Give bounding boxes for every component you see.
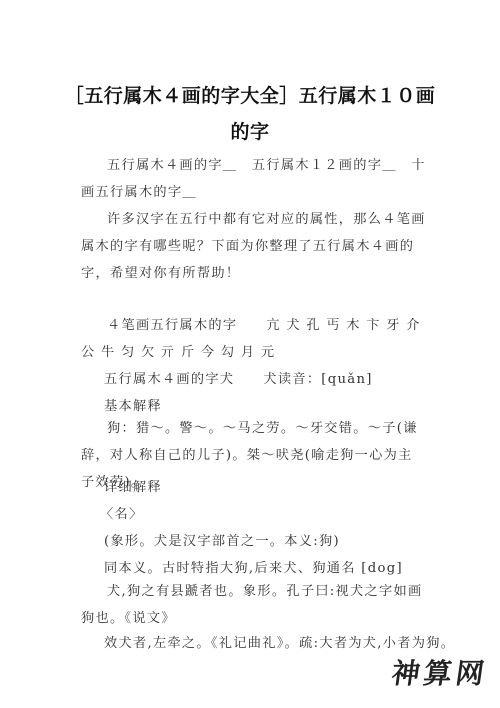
toc-paragraph: 五行属木４画的字＿ 五行属木１２画的字＿ 十画五行属木的字＿ — [81, 152, 426, 206]
char-list-paragraph: ４笔画五行属木的字 亢 犬 孔 丐 木 卞 牙 介 公 牛 匀 欠 亓 斤 今 … — [81, 312, 426, 366]
site-watermark-logo: 神算网 — [389, 652, 491, 692]
detail-explanation-label: 详细解释 — [104, 476, 162, 495]
detail-line-4: 效犬者,左牵之。《礼记曲礼》。疏:大者为犬,小者为狗。 — [104, 632, 455, 651]
detail-line-1: (象形。犬是汉字部首之一。本义:狗) — [104, 530, 340, 549]
char-heading: 五行属木４画的字犬 犬读音：[quǎn] — [104, 368, 373, 387]
noun-label: 〈名〉 — [100, 503, 143, 522]
detail-line-3: 犬,狗之有县蹏者也。象形。孔子曰:视犬之字如画狗也。《说文》 — [81, 578, 426, 632]
detail-line-2: 同本义。古时特指大狗,后来犬、狗通名 [dog] — [104, 557, 403, 576]
intro-paragraph: 许多汉字在五行中都有它对应的属性，那么４笔画属木的字有哪些呢？下面为你整理了五行… — [81, 206, 426, 287]
basic-explanation-label: 基本解释 — [104, 395, 162, 414]
document-title: ［五行属木４画的字大全］五行属木１０画的字 — [60, 78, 440, 150]
